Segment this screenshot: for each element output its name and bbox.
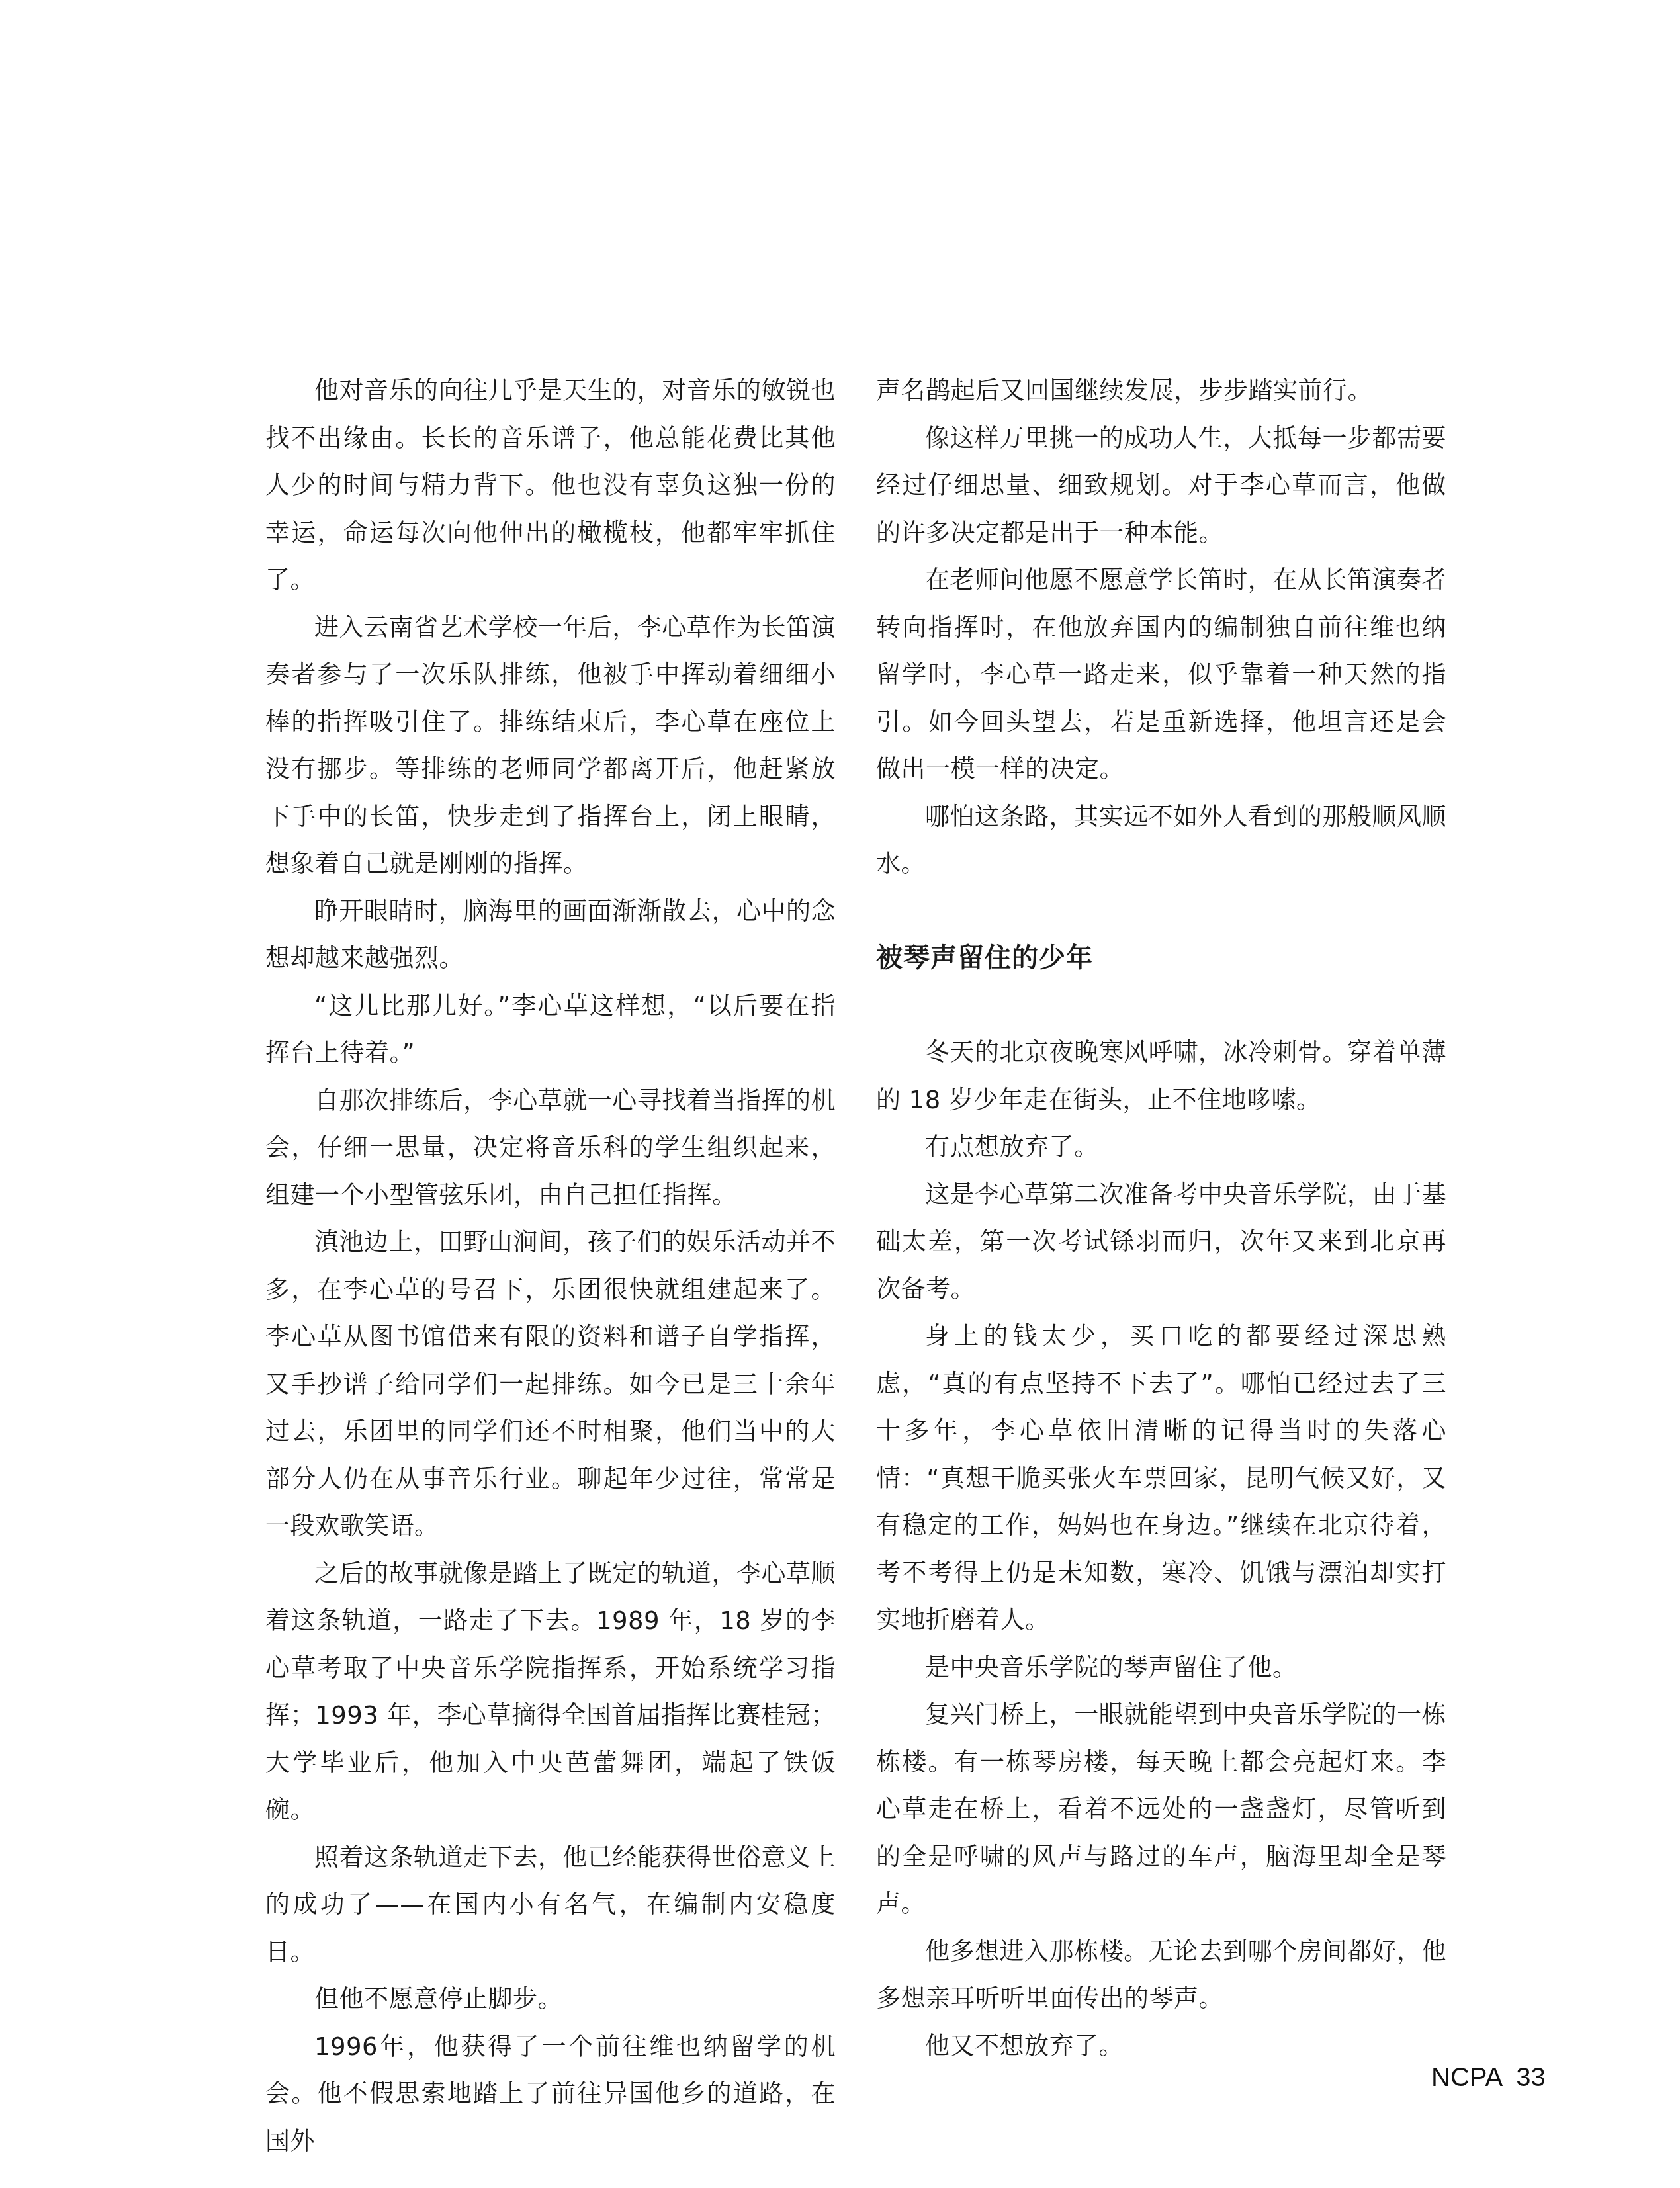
page-footer: NCPA33 [1431, 2063, 1546, 2093]
body-paragraph: 自那次排练后，李心草就一心寻找着当指挥的机会，仔细一思量，决定将音乐科的学生组织… [265, 1077, 836, 1219]
section-heading: 被琴声留住的少年 [876, 935, 1446, 983]
body-paragraph: 进入云南省艺术学校一年后，李心草作为长笛演奏者参与了一次乐队排练，他被手中挥动着… [265, 604, 836, 888]
body-paragraph: 像这样万里挑一的成功人生，大抵每一步都需要经过仔细思量、细致规划。对于李心草而言… [876, 415, 1446, 557]
body-paragraph: 他对音乐的向往几乎是天生的，对音乐的敏锐也找不出缘由。长长的音乐谱子，他总能花费… [265, 367, 836, 604]
body-paragraph: “这儿比那儿好。”李心草这样想，“以后要在指挥台上待着。” [265, 983, 836, 1077]
right-column: 声名鹊起后又回国继续发展，步步踏实前行。 像这样万里挑一的成功人生，大抵每一步都… [876, 367, 1446, 2070]
body-paragraph: 这是李心草第二次准备考中央音乐学院，由于基础太差，第一次考试铩羽而归，次年又来到… [876, 1171, 1446, 1313]
page-number: 33 [1516, 2063, 1546, 2092]
body-paragraph: 他多想进入那栋楼。无论去到哪个房间都好，他多想亲耳听听里面传出的琴声。 [876, 1928, 1446, 2023]
body-paragraph: 复兴门桥上，一眼就能望到中央音乐学院的一栋栋楼。有一栋琴房楼，每天晚上都会亮起灯… [876, 1691, 1446, 1928]
body-paragraph: 冬天的北京夜晚寒风呼啸，冰冷刺骨。穿着单薄的 18 岁少年走在街头，止不住地哆嗦… [876, 1029, 1446, 1123]
body-paragraph: 照着这条轨道走下去，他已经能获得世俗意义上的成功了——在国内小有名气，在编制内安… [265, 1834, 836, 1976]
body-paragraph: 是中央音乐学院的琴声留住了他。 [876, 1644, 1446, 1692]
body-paragraph: 睁开眼睛时，脑海里的画面渐渐散去，心中的念想却越来越强烈。 [265, 888, 836, 983]
body-paragraph: 滇池边上，田野山涧间，孩子们的娱乐活动并不多，在李心草的号召下，乐团很快就组建起… [265, 1219, 836, 1550]
body-paragraph: 他又不想放弃了。 [876, 2023, 1446, 2070]
continued-paragraph: 声名鹊起后又回国继续发展，步步踏实前行。 [876, 367, 1446, 415]
body-paragraph: 有点想放弃了。 [876, 1123, 1446, 1171]
body-paragraph: 1996年，他获得了一个前往维也纳留学的机会。他不假思索地踏上了前往异国他乡的道… [265, 2023, 836, 2166]
magazine-name: NCPA [1431, 2063, 1503, 2092]
left-column: 他对音乐的向往几乎是天生的，对音乐的敏锐也找不出缘由。长长的音乐谱子，他总能花费… [265, 367, 836, 2165]
body-paragraph: 哪怕这条路，其实远不如外人看到的那般顺风顺水。 [876, 793, 1446, 888]
body-paragraph: 但他不愿意停止脚步。 [265, 1976, 836, 2023]
body-paragraph: 身上的钱太少，买口吃的都要经过深思熟虑，“真的有点坚持不下去了”。哪怕已经过去了… [876, 1313, 1446, 1644]
body-paragraph: 在老师问他愿不愿意学长笛时，在从长笛演奏者转向指挥时，在他放弃国内的编制独自前往… [876, 556, 1446, 793]
body-paragraph: 之后的故事就像是踏上了既定的轨道，李心草顺着这条轨道，一路走了下去。1989 年… [265, 1550, 836, 1834]
